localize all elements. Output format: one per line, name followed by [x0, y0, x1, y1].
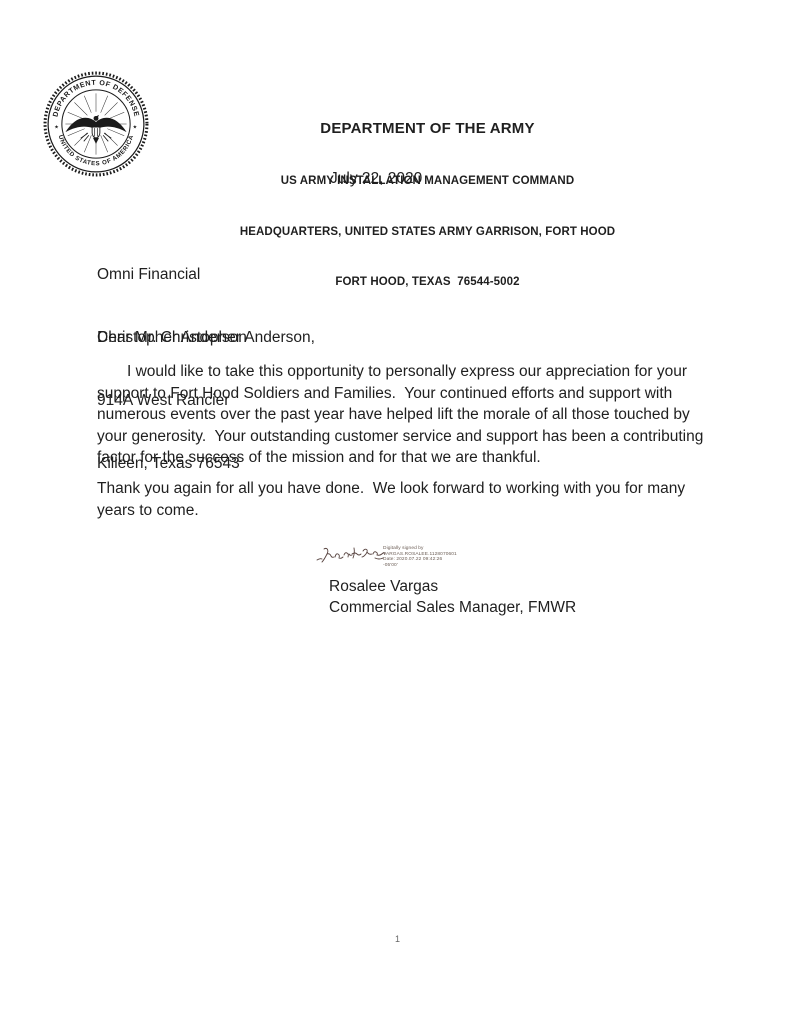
address-line-company: Omni Financial	[97, 264, 247, 285]
signer-name: Rosalee Vargas	[329, 578, 438, 596]
letterhead-line-2: US ARMY INSTALLATION MANAGEMENT COMMAND	[120, 174, 735, 189]
body-paragraph-1: I would like to take this opportunity to…	[97, 361, 721, 469]
letter-date: July 22, 2020	[330, 170, 422, 188]
salutation: Dear Mr. Christopher Anderson,	[97, 329, 315, 347]
seal-star-left: ★	[54, 125, 59, 131]
handwritten-signature	[315, 541, 387, 573]
letterhead-line-1: DEPARTMENT OF THE ARMY	[120, 120, 735, 138]
letter-page: DEPARTMENT OF DEFENSE UNITED STATES OF A…	[0, 0, 795, 1024]
body-paragraph-2: Thank you again for all you have done. W…	[97, 478, 721, 521]
signer-title: Commercial Sales Manager, FMWR	[329, 599, 576, 617]
digital-signature-details: Digitally signed by VARGAS.ROSALEE.11280…	[383, 546, 463, 568]
digital-signature-line-4: -05'00'	[383, 563, 463, 569]
page-number: 1	[0, 934, 795, 944]
